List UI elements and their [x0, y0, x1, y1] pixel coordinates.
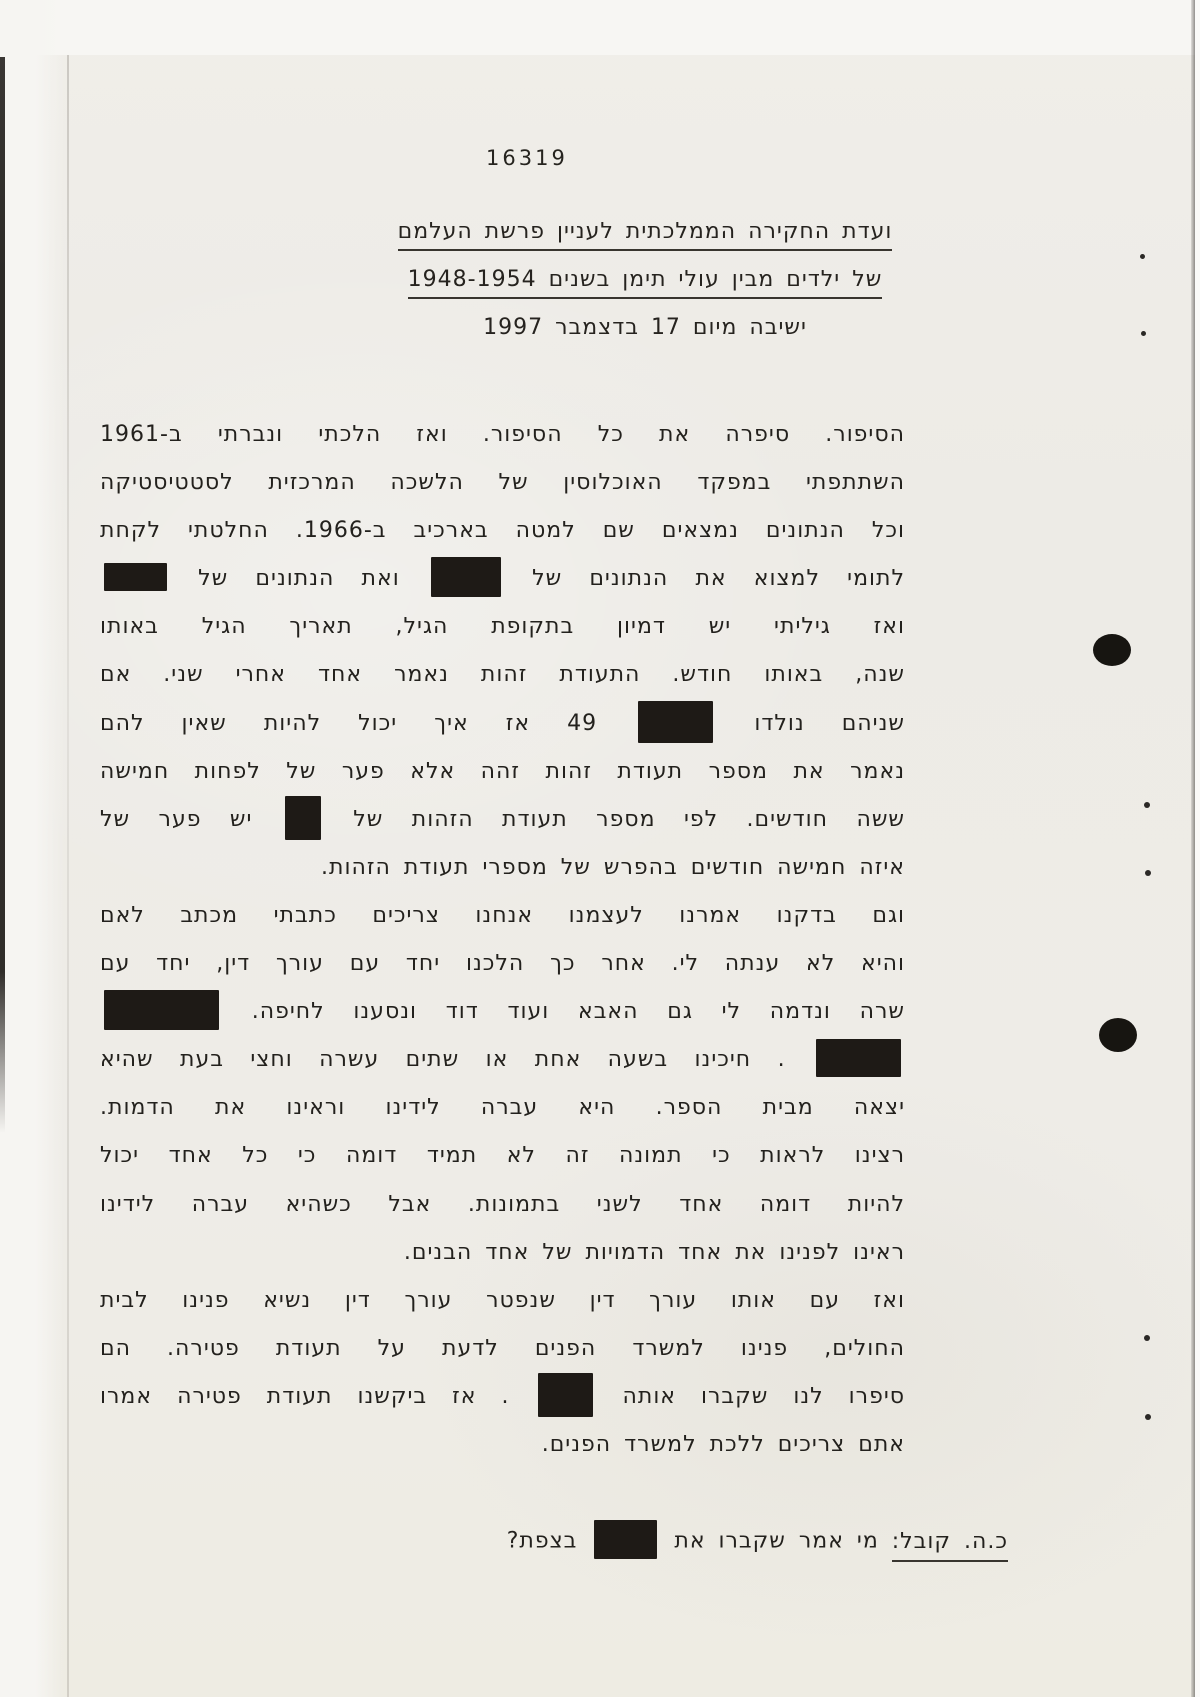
- session-date-line: ישיבה מיום 17 בדצמבר 1997: [383, 304, 907, 352]
- text-segment: וגם בדקנו אמרנו לעצמנו אנחנו צריכים כתבת…: [100, 903, 905, 928]
- scan-speck: [1141, 331, 1146, 336]
- text-segment: איזה חמישה חודשים בהפרש של מספרי תעודת ה…: [321, 855, 905, 880]
- text-line: וגם בדקנו אמרנו לעצמנו אנחנו צריכים כתבת…: [100, 892, 905, 940]
- title-line-2: של ילדים מבין עולי תימן בשנים 1948-1954: [383, 256, 907, 304]
- text-line: שנה, באותו חודש. התעודת זהות נאמר אחד אח…: [100, 651, 905, 699]
- text-line: . חיכינו בשעה אחת או שתים עשרה וחצי בעת …: [100, 1036, 905, 1084]
- text-line: שניהם נולדו 49 אז איך יכול להיות שאין לה…: [100, 700, 905, 748]
- text-segment: שרה ונדמה לי גם האבא ועוד דוד ונסענו לחי…: [252, 999, 905, 1024]
- text-line: וכל הנתונים נמצאים שם למטה בארכיב ב-1966…: [100, 507, 905, 555]
- question-text-before: מי אמר שקברו את: [674, 1529, 878, 1554]
- text-segment: שנה, באותו חודש. התעודת זהות נאמר אחד אח…: [100, 662, 905, 687]
- text-line: והיא לא ענתה לי. אחר כך הלכנו יחד עם עור…: [100, 940, 905, 988]
- text-line: הסיפור. סיפרה את כל הסיפור. ואז הלכתי ונ…: [100, 411, 905, 459]
- redaction-box: [285, 796, 321, 840]
- text-segment: להיות דומה אחד לשני בתמונות. אבל כשהיא ע…: [100, 1192, 905, 1217]
- text-segment: 49 אז איך יכול להיות שאין להם: [100, 711, 597, 736]
- text-line: השתתפתי במפקד האוכלוסין של הלשכה המרכזית…: [100, 459, 905, 507]
- text-line: סיפרו לנו שקברו אותה . אז ביקשנו תעודת פ…: [100, 1373, 905, 1421]
- scan-speck: [1144, 802, 1150, 808]
- text-segment: שניהם נולדו: [754, 711, 905, 736]
- text-line: שרה ונדמה לי גם האבא ועוד דוד ונסענו לחי…: [100, 988, 905, 1036]
- scan-speck: [1145, 870, 1151, 876]
- ink-dot-mark-2: [1099, 1018, 1137, 1052]
- scan-top-band: [0, 0, 1200, 55]
- redaction-box: [594, 1520, 657, 1559]
- text-line: רצינו לראות כי תמונה זה לא תמיד דומה כי …: [100, 1132, 905, 1180]
- redaction-box: [538, 1373, 593, 1417]
- text-segment: ואז גיליתי יש דמיון בתקופת הגיל, תאריך ה…: [100, 614, 905, 639]
- question-text-after: בצפת?: [507, 1529, 578, 1554]
- title-line-1: ועדת החקירה הממלכתית לעניין פרשת העלמם: [383, 208, 907, 256]
- text-line: נאמר את מספר תעודת זהות זהה אלא פער של ל…: [100, 748, 905, 796]
- paper-crease-line: [67, 55, 69, 1697]
- text-segment: סיפרו לנו שקברו אותה: [622, 1384, 905, 1409]
- text-segment: נאמר את מספר תעודת זהות זהה אלא פער של ל…: [100, 759, 905, 784]
- text-segment: והיא לא ענתה לי. אחר כך הלכנו יחד עם עור…: [100, 951, 905, 976]
- scan-speck: [1144, 1335, 1150, 1341]
- text-segment: . חיכינו בשעה אחת או שתים עשרה וחצי בעת …: [100, 1047, 786, 1072]
- text-line: לתומי למצוא את הנתונים של ואת הנתונים של: [100, 555, 905, 603]
- scan-right-edge-white: [1195, 0, 1200, 1697]
- text-line: ששה חודשים. לפי מספר תעודת הזהות של יש פ…: [100, 796, 905, 844]
- redaction-box: [431, 557, 501, 597]
- redaction-box: [816, 1039, 901, 1077]
- text-segment: ואת הנתונים של: [198, 566, 400, 591]
- scan-speck: [1140, 254, 1145, 259]
- text-line: יצאה מבית הספר. היא עברה לידינו וראינו א…: [100, 1084, 905, 1132]
- text-line: להיות דומה אחד לשני בתמונות. אבל כשהיא ע…: [100, 1181, 905, 1229]
- text-segment: יצאה מבית הספר. היא עברה לידינו וראינו א…: [100, 1095, 905, 1120]
- scanned-document-page: 16319 ועדת החקירה הממלכתית לעניין פרשת ה…: [0, 0, 1200, 1697]
- text-segment: אתם צריכים ללכת למשרד הפנים.: [542, 1432, 905, 1457]
- scan-left-edge-bar: [0, 57, 5, 1133]
- text-segment: הסיפור. סיפרה את כל הסיפור. ואז הלכתי ונ…: [100, 422, 905, 447]
- scan-speck: [1145, 1414, 1151, 1420]
- redaction-box: [104, 563, 167, 591]
- text-segment: לתומי למצוא את הנתונים של: [532, 566, 905, 591]
- text-segment: רצינו לראות כי תמונה זה לא תמיד דומה כי …: [100, 1143, 905, 1168]
- body-text: הסיפור. סיפרה את כל הסיפור. ואז הלכתי ונ…: [100, 411, 905, 1469]
- text-line: ראינו לפנינו את אחד הדמויות של אחד הבנים…: [100, 1229, 905, 1277]
- text-line: החולים, פנינו למשרד הפנים לדעת על תעודת …: [100, 1325, 905, 1373]
- redaction-box: [638, 701, 713, 743]
- text-segment: ששה חודשים. לפי מספר תעודת הזהות של: [353, 807, 905, 832]
- speaker-label: כ.ה. קובל:: [892, 1529, 1008, 1562]
- redaction-box: [104, 990, 219, 1030]
- footer-question: כ.ה. קובל: מי אמר שקברו את בצפת?: [507, 1522, 1008, 1561]
- text-line: אתם צריכים ללכת למשרד הפנים.: [100, 1421, 905, 1469]
- text-line: ואז גיליתי יש דמיון בתקופת הגיל, תאריך ה…: [100, 603, 905, 651]
- ink-dot-mark-1: [1093, 634, 1131, 666]
- scan-left-band: [0, 0, 64, 1697]
- text-line: ואז עם אותו עורך דין שנפטר עורך דין נשיא…: [100, 1277, 905, 1325]
- document-header: ועדת החקירה הממלכתית לעניין פרשת העלמם ש…: [383, 208, 907, 352]
- text-line: איזה חמישה חודשים בהפרש של מספרי תעודת ה…: [100, 844, 905, 892]
- text-segment: וכל הנתונים נמצאים שם למטה בארכיב ב-1966…: [100, 518, 905, 543]
- text-segment: . אז ביקשנו תעודת פטירה אמרו: [100, 1384, 509, 1409]
- text-segment: ראינו לפנינו את אחד הדמויות של אחד הבנים…: [404, 1240, 905, 1265]
- text-segment: ואז עם אותו עורך דין שנפטר עורך דין נשיא…: [100, 1288, 905, 1313]
- text-segment: החולים, פנינו למשרד הפנים לדעת על תעודת …: [100, 1336, 905, 1361]
- page-number: 16319: [486, 146, 568, 170]
- text-segment: יש פער של: [100, 807, 252, 832]
- text-segment: השתתפתי במפקד האוכלוסין של הלשכה המרכזית…: [100, 470, 905, 495]
